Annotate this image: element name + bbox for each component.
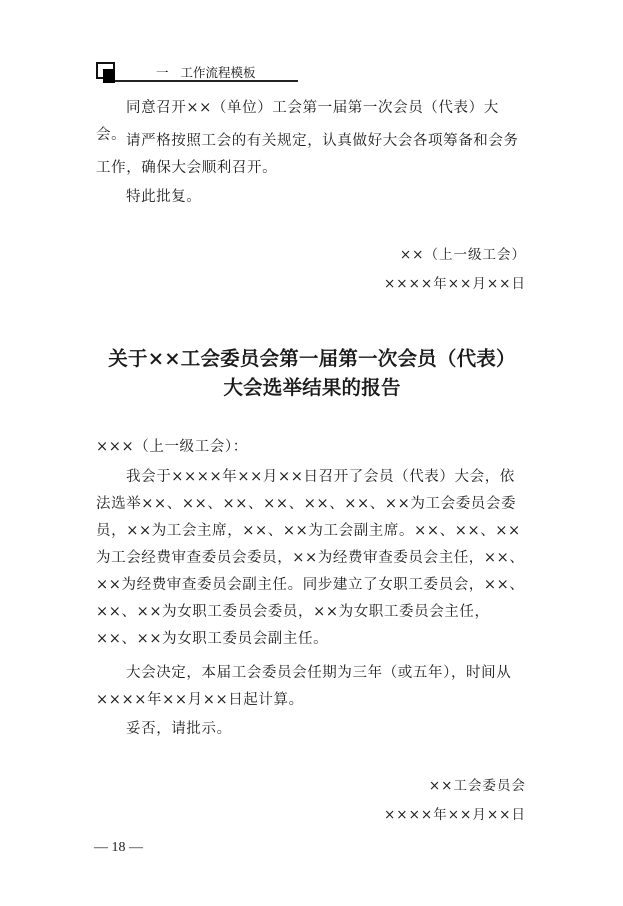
- page-number: — 18 —: [94, 840, 143, 856]
- section-marker: 一: [156, 65, 169, 80]
- running-header: 一 工作流程模板: [96, 62, 298, 86]
- report-salutation: ×××（上一级工会）：: [96, 434, 528, 461]
- report-paragraph-3: 妥否，请批示。: [96, 716, 528, 743]
- report-paragraph-1: 我会于××××年××月××日召开了会员（代表）大会，依法选举××、××、××、×…: [96, 464, 528, 653]
- header-title: 一 工作流程模板: [156, 63, 255, 81]
- report-title-line-1: 关于××工会委员会第一届第一次会员（代表）: [96, 344, 528, 373]
- approval-paragraph-2: 请严格按照工会的有关规定，认真做好大会各项筹备和会务工作，确保大会顺利召开。: [96, 128, 528, 182]
- report-paragraph-2: 大会决定，本届工会委员会任期为三年（或五年），时间从××××年××月××日起计算…: [96, 660, 528, 714]
- approval-paragraph-3: 特此批复。: [96, 184, 528, 211]
- header-square-filled-icon: [103, 69, 115, 83]
- report-signature: ××工会委员会: [429, 774, 526, 794]
- approval-signature: ××（上一级工会）: [400, 243, 526, 263]
- report-date: ××××年××月××日: [384, 803, 526, 823]
- approval-date: ××××年××月××日: [384, 272, 526, 292]
- report-title-line-2: 大会选举结果的报告: [96, 373, 528, 402]
- section-title: 工作流程模板: [180, 65, 255, 80]
